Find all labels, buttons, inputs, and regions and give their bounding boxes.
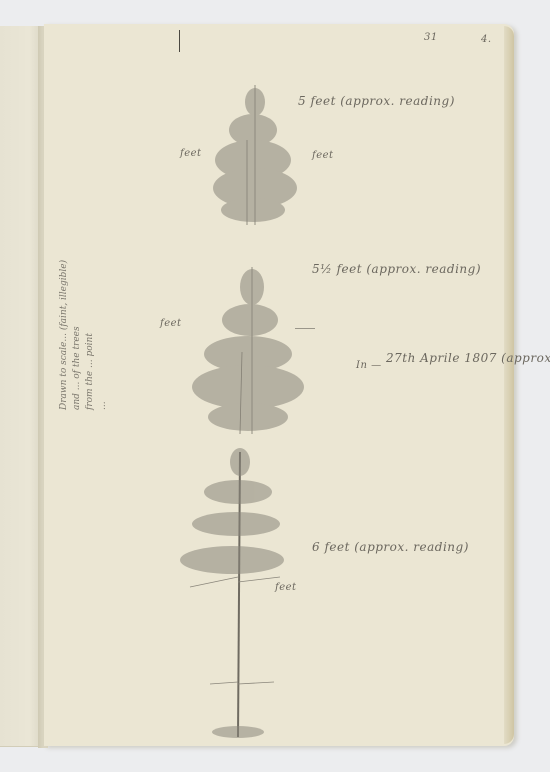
date-note: 27th Aprile 1807 (approx. reading)	[386, 351, 550, 365]
pine-tree-drawing-2	[180, 262, 320, 438]
tree-3-height-note: 6 feet (approx. reading)	[312, 540, 469, 554]
margin-note-line: Drawn to scale... (faint, illegible)	[58, 260, 71, 410]
pine-tree-drawing-3	[170, 442, 310, 742]
margin-note-line: and ... of the trees	[71, 260, 84, 410]
top-mark: 31	[424, 32, 438, 43]
page-number: 4.	[481, 34, 492, 45]
page-edge	[504, 26, 514, 744]
margin-note: Drawn to scale... (faint, illegible) and…	[58, 260, 110, 410]
ground-label: feet	[160, 318, 182, 329]
left-page	[0, 26, 42, 747]
tree-1-height-note: 5 feet (approx. reading)	[298, 94, 455, 108]
tree-2-height-note: 5½ feet (approx. reading)	[312, 262, 481, 276]
pine-tree-drawing-1	[195, 80, 315, 230]
ink-mark	[179, 30, 180, 52]
margin-note-line: from the ... point	[84, 260, 97, 410]
date-prefix: In —	[356, 360, 382, 371]
ground-label: feet	[312, 150, 334, 161]
margin-note-line: ...	[97, 260, 110, 410]
